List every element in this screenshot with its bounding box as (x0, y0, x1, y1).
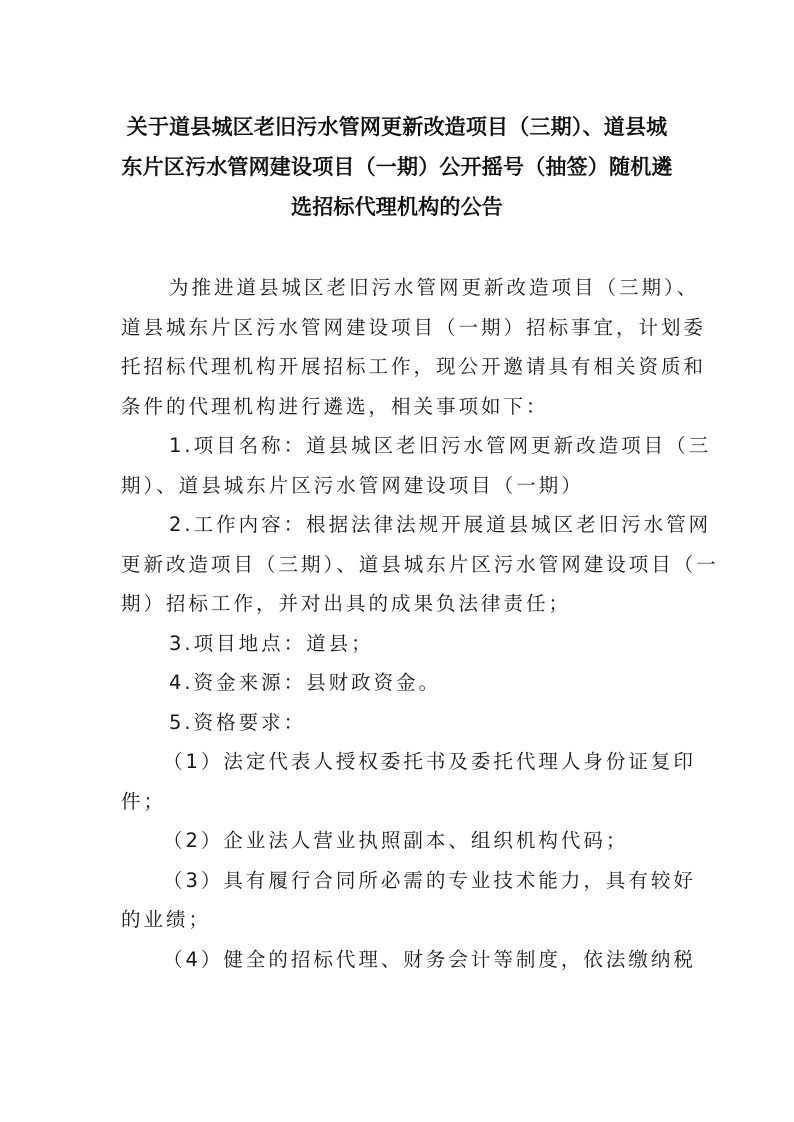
qualification-1: （1）法定代表人授权委托书及委托代理人身份证复印 (121, 742, 691, 782)
item-qualification-heading: 5.资格要求： (121, 703, 691, 743)
document-page: 关于道县城区老旧污水管网更新改造项目（三期）、道县城 东片区污水管网建设项目（一… (0, 0, 794, 1122)
intro-paragraph-line: 托招标代理机构开展招标工作，现公开邀请具有相关资质和 (121, 347, 691, 387)
title-line-2: 东片区污水管网建设项目（一期）公开摇号（抽签）随机遴 (112, 147, 682, 187)
intro-paragraph-line: 道县城东片区污水管网建设项目（一期）招标事宜，计划委 (121, 308, 691, 348)
item-project-name: 1.项目名称：道县城区老旧污水管网更新改造项目（三 (121, 426, 691, 466)
qualification-2: （2）企业法人营业执照副本、组织机构代码； (121, 821, 691, 861)
document-title: 关于道县城区老旧污水管网更新改造项目（三期）、道县城 东片区污水管网建设项目（一… (112, 107, 682, 227)
item-work-content-cont: 更新改造项目（三期）、道县城东片区污水管网建设项目（一 (121, 545, 691, 585)
item-funding-source: 4.资金来源：县财政资金。 (121, 663, 691, 703)
qualification-3: （3）具有履行合同所必需的专业技术能力，具有较好 (121, 861, 691, 901)
item-work-content: 2.工作内容：根据法律法规开展道县城区老旧污水管网 (121, 505, 691, 545)
document-body: 为推进道县城区老旧污水管网更新改造项目（三期）、 道县城东片区污水管网建设项目（… (121, 268, 691, 979)
item-work-content-cont: 期）招标工作，并对出具的成果负法律责任； (121, 584, 691, 624)
title-line-3: 选招标代理机构的公告 (112, 187, 682, 227)
qualification-4: （4）健全的招标代理、财务会计等制度，依法缴纳税 (121, 940, 691, 980)
item-project-name-cont: 期）、道县城东片区污水管网建设项目（一期） (121, 466, 691, 506)
intro-paragraph-line: 为推进道县城区老旧污水管网更新改造项目（三期）、 (121, 268, 691, 308)
intro-paragraph-line: 条件的代理机构进行遴选，相关事项如下： (121, 387, 691, 427)
qualification-3-cont: 的业绩； (121, 900, 691, 940)
title-line-1: 关于道县城区老旧污水管网更新改造项目（三期）、道县城 (112, 107, 682, 147)
qualification-1-cont: 件； (121, 782, 691, 822)
item-project-location: 3.项目地点：道县； (121, 624, 691, 664)
